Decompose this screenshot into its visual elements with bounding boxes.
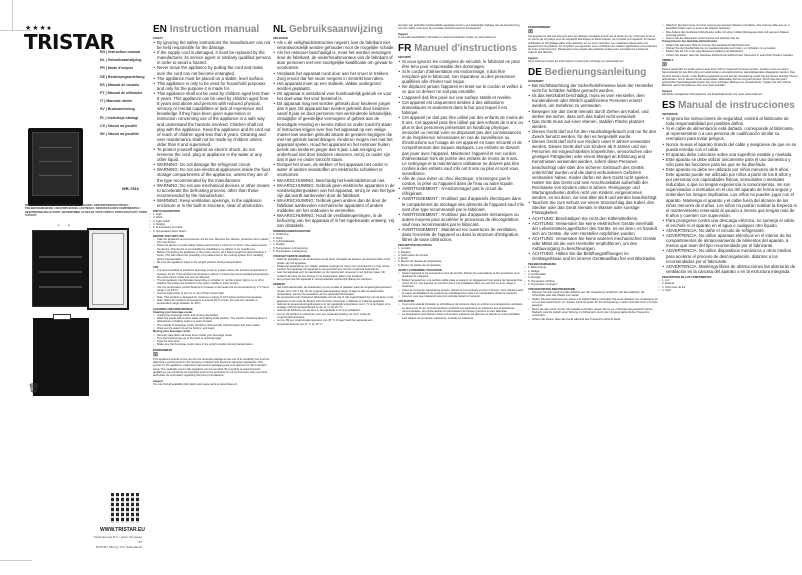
- language-item: DE | Bedienungsanleitung: [100, 75, 150, 83]
- diagram-open-door: [87, 228, 129, 310]
- language-item: FR | Mode d'emploi: [100, 66, 150, 74]
- section-title-en: EN Instruction manual: [153, 24, 271, 35]
- section-title-es: ES Manual de instrucciones: [662, 100, 798, 111]
- language-item: PT | Manual de utilizador: [100, 91, 150, 99]
- parts-list: 1. Light2. Shelf3. Light switch 4. Displ…: [153, 213, 271, 233]
- language-item: EN | Instruction manual: [100, 50, 150, 58]
- website-url: WWW.TRISTAR.EU: [100, 527, 145, 533]
- section-es: Waschen Sie das Innere mit einer Lösung …: [662, 24, 798, 292]
- safety-list: By ignoring the safety instructions the …: [153, 40, 271, 208]
- callout-2: 2: [68, 223, 70, 227]
- crop-mark-top: [0, 0, 13, 30]
- section-nl: NL Gebruiksaanwijzing VEILIGHEID Als u d…: [273, 24, 395, 326]
- language-list: EN | Instruction manual NL | Gebruiksaan…: [100, 50, 150, 140]
- language-item: SV | Bruksanvisning: [100, 107, 150, 115]
- language-item: NL | Gebruiksaanwijzing: [100, 58, 150, 66]
- language-item: CS | Návod na použití: [100, 124, 150, 132]
- manual-page: ★★★● TRISTAR EN | Instruction manual NL …: [0, 0, 802, 575]
- language-item: PL | Instrukcja obsługi: [100, 116, 150, 124]
- section-title-fr: FR Manuel d'instructions: [398, 43, 524, 54]
- section-title-de: DE Bedienungsanleitung: [528, 67, 658, 78]
- diagram-control-panel: [33, 318, 89, 396]
- qr-code: [111, 493, 141, 523]
- callout-1: 1: [58, 223, 60, 227]
- diagram-open-cooler: 1 2: [32, 230, 89, 307]
- weee-bin-icon: 🗑: [28, 383, 39, 394]
- section-en: EN Instruction manual SAFETY By ignoring…: [153, 24, 271, 386]
- language-item: ES | Manual de usuario: [100, 83, 150, 91]
- section-de: ENVIRONNEMENT ⊠ Cet appareil ne doit pas…: [528, 24, 658, 321]
- section-fr: recyclen van gebruikte huishoudelijke ap…: [398, 24, 524, 320]
- model-number: WR-7516: [122, 186, 139, 191]
- company-address: Tristar Europe B.V. | Jules Verneweg 87 …: [90, 535, 142, 550]
- parts-description-header: PARTS DESCRIPTION / ONDERDELENBESCHRIJVI…: [25, 204, 150, 218]
- language-item: IT | Manuale utente: [100, 99, 150, 107]
- section-title-nl: NL Gebruiksaanwijzing: [273, 24, 395, 35]
- crop-mark-bottom: [0, 560, 32, 575]
- language-item: SK | Návod na použitie: [100, 132, 150, 140]
- product-image-wine-cooler: [28, 128, 83, 206]
